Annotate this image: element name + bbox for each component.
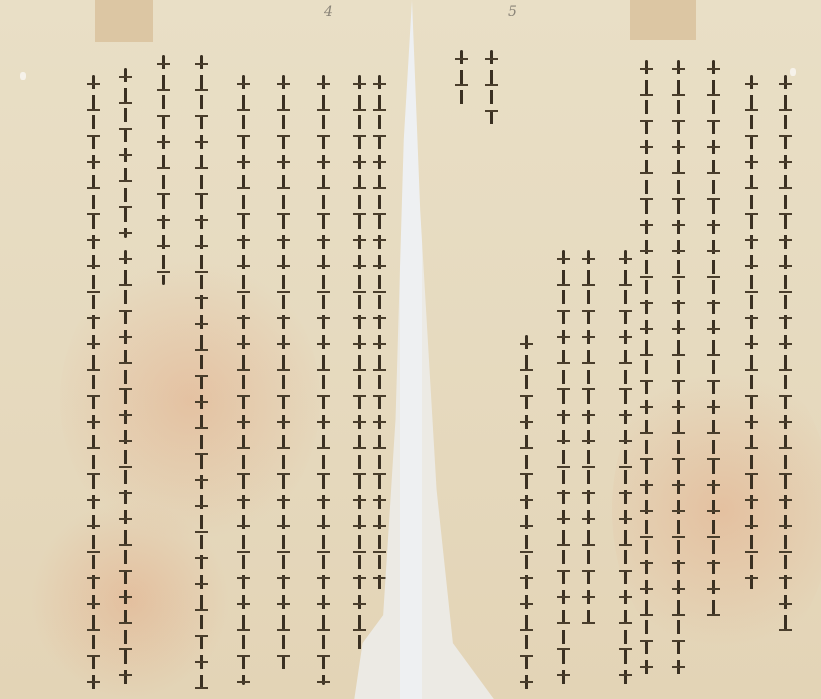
right-page: 5 xyxy=(412,0,821,699)
page-number-left: 4 xyxy=(324,4,333,20)
left-page: 4 xyxy=(0,0,412,699)
tape-right xyxy=(630,0,696,40)
tape-left xyxy=(95,0,153,42)
page-number-right: 5 xyxy=(508,4,517,20)
